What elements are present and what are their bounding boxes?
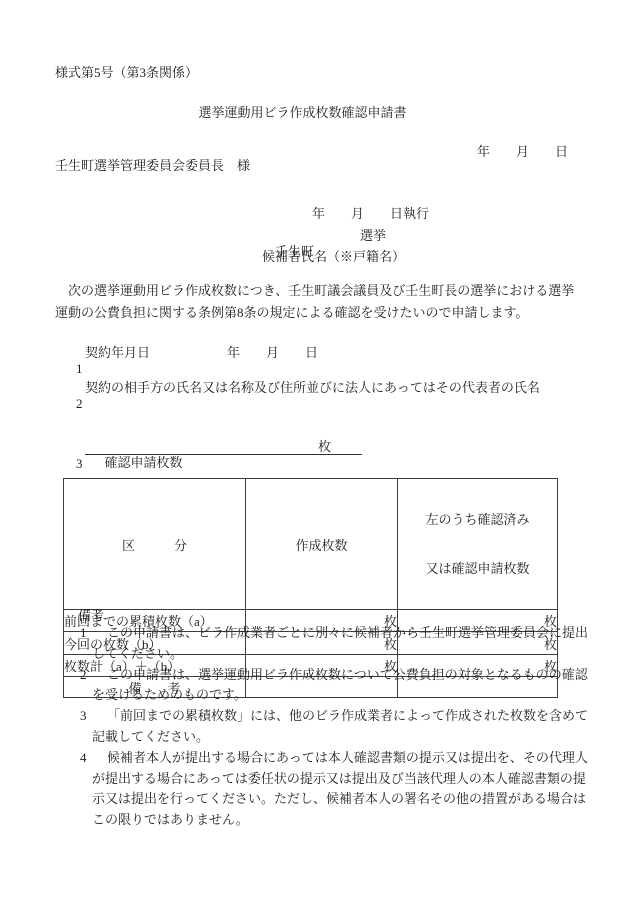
election-label: 選挙 (360, 228, 386, 244)
note-line: 記載してください。 (80, 727, 585, 748)
note-2: 2 この申請書は、選挙運動用ビラ作成枚数について公費負担の対象となるものの確認 … (80, 665, 585, 707)
note-3: 3 「前回までの累積枚数」には、他のビラ作成業者によって作成された枚数を含めて … (80, 706, 585, 748)
item-1-label: 契約年月日 (85, 345, 150, 361)
item-2-contract-party: 2 契約の相手方の氏名又は名称及び住所並びに法人にあってはその代表者の氏名 (63, 380, 83, 444)
item-2-label: 契約の相手方の氏名又は名称及び住所並びに法人にあってはその代表者の氏名 (85, 380, 540, 396)
note-4-number: 4 (80, 748, 87, 769)
item-3-number: 3 (76, 456, 83, 471)
page-title: 選挙運動用ビラ作成枚数確認申請書 (0, 102, 605, 121)
item-3-unit: 枚 (318, 439, 331, 455)
body-paragraph-line-2: 運動の公費負担に関する条例第8条の規定による確認を受けたいので申請します。 (55, 305, 528, 321)
candidate-name-line: 候補者氏名（※戸籍名） (262, 249, 405, 265)
item-2-number: 2 (76, 396, 83, 411)
application-date-line: 年 月 日 (477, 144, 568, 160)
header-confirmed-count: 左のうち確認済み 又は確認申請枚数 (398, 479, 558, 610)
item-3-label: 確認申請枚数 (105, 455, 183, 470)
form-number: 様式第5号（第3条関係） (55, 65, 198, 81)
note-2-number: 2 (80, 665, 87, 686)
notes: 1 この申請書は、ビラ作成業者ごとに別々に候補者から壬生町選挙管理委員会に提出 … (80, 623, 585, 831)
body-paragraph-line-1: 次の選挙運動用ビラ作成枚数につき、壬生町議会議員及び壬生町長の選挙における選挙 (55, 283, 574, 299)
header-made-count: 作成枚数 (246, 479, 398, 610)
note-line: この限りではありません。 (80, 810, 585, 831)
note-1-number: 1 (80, 623, 87, 644)
execution-date-line: 年 月 日執行 (312, 206, 429, 222)
note-line: してください。 (80, 644, 585, 665)
note-line: 候補者本人が提出する場合にあっては本人確認書類の提示又は提出を、その代理人 (80, 748, 585, 769)
note-4: 4 候補者本人が提出する場合にあっては本人確認書類の提示又は提出を、その代理人 … (80, 748, 585, 831)
note-3-number: 3 (80, 706, 87, 727)
note-line: が提出する場合にあっては委任状の提示又は提出及び当該代理人の本人確認書類の提 (80, 769, 585, 790)
note-line: を受けるためのものです。 (80, 685, 585, 706)
document-page: 様式第5号（第3条関係） 選挙運動用ビラ作成枚数確認申請書 年 月 日 壬生町選… (0, 0, 630, 903)
notes-label: 備考 (78, 608, 104, 624)
note-1: 1 この申請書は、ビラ作成業者ごとに別々に候補者から壬生町選挙管理委員会に提出 … (80, 623, 585, 665)
item-3-underline-field: 確認申請枚数 枚 (85, 439, 362, 455)
table-header-row: 区 分 作成枚数 左のうち確認済み 又は確認申請枚数 (64, 479, 558, 610)
header-confirmed-line-1: 左のうち確認済み (398, 511, 557, 528)
note-line: 「前回までの累積枚数」には、他のビラ作成業者によって作成された枚数を含めて (80, 706, 585, 727)
header-category: 区 分 (64, 479, 246, 610)
note-line: この申請書は、選挙運動用ビラ作成枚数について公費負担の対象となるものの確認 (80, 665, 585, 686)
header-confirmed-line-2: 又は確認申請枚数 (398, 560, 557, 577)
note-line: この申請書は、ビラ作成業者ごとに別々に候補者から壬生町選挙管理委員会に提出 (80, 623, 585, 644)
item-1-number: 1 (76, 361, 83, 376)
item-1-date-placeholder: 年 月 日 (227, 345, 318, 361)
note-line: 示又は提出を行ってください。ただし、候補者本人の署名その他の措置がある場合は (80, 789, 585, 810)
addressee-line: 壬生町選挙管理委員会委員長 様 (55, 158, 250, 174)
